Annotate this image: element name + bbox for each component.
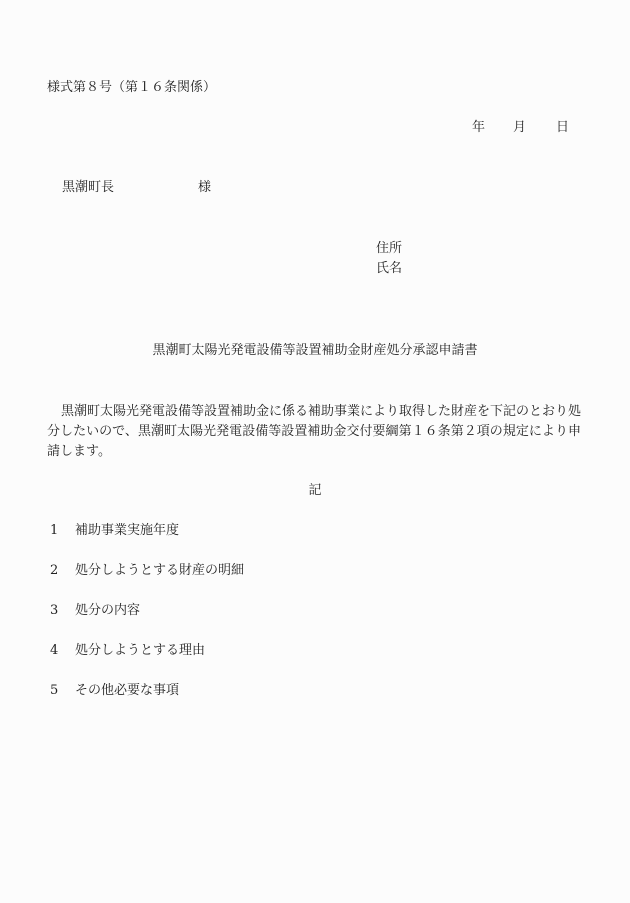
- item-label: 処分しようとする理由: [75, 643, 205, 658]
- ki-heading: 記: [0, 483, 630, 499]
- list-item: 4処分しようとする理由: [50, 643, 205, 659]
- addressee-name: 黒潮町長: [62, 180, 114, 196]
- item-number: 1: [50, 523, 75, 539]
- item-label: 処分の内容: [75, 603, 140, 618]
- addressee-honorific: 様: [198, 180, 211, 196]
- date-day-label: 日: [556, 120, 569, 136]
- list-item: 3処分の内容: [50, 603, 140, 619]
- item-number: 4: [50, 643, 75, 659]
- date-month-label: 月: [513, 120, 526, 136]
- item-label: 処分しようとする財産の明細: [75, 563, 244, 578]
- form-number: 様式第８号（第１６条関係）: [47, 80, 216, 96]
- list-item: 5その他必要な事項: [50, 683, 179, 699]
- body-paragraph: 黒潮町太陽光発電設備等設置補助金に係る補助事業により取得した財産を下記のとおり処…: [47, 402, 581, 462]
- item-number: 5: [50, 683, 75, 699]
- item-number: 2: [50, 563, 75, 579]
- list-item: 1補助事業実施年度: [50, 523, 179, 539]
- item-label: その他必要な事項: [75, 683, 179, 698]
- list-item: 2処分しようとする財産の明細: [50, 563, 244, 579]
- name-label: 氏名: [376, 261, 402, 277]
- document-title: 黒潮町太陽光発電設備等設置補助金財産処分承認申請書: [0, 343, 630, 359]
- date-year-label: 年: [472, 120, 485, 136]
- item-number: 3: [50, 603, 75, 619]
- item-label: 補助事業実施年度: [75, 523, 179, 538]
- address-label: 住所: [376, 241, 402, 257]
